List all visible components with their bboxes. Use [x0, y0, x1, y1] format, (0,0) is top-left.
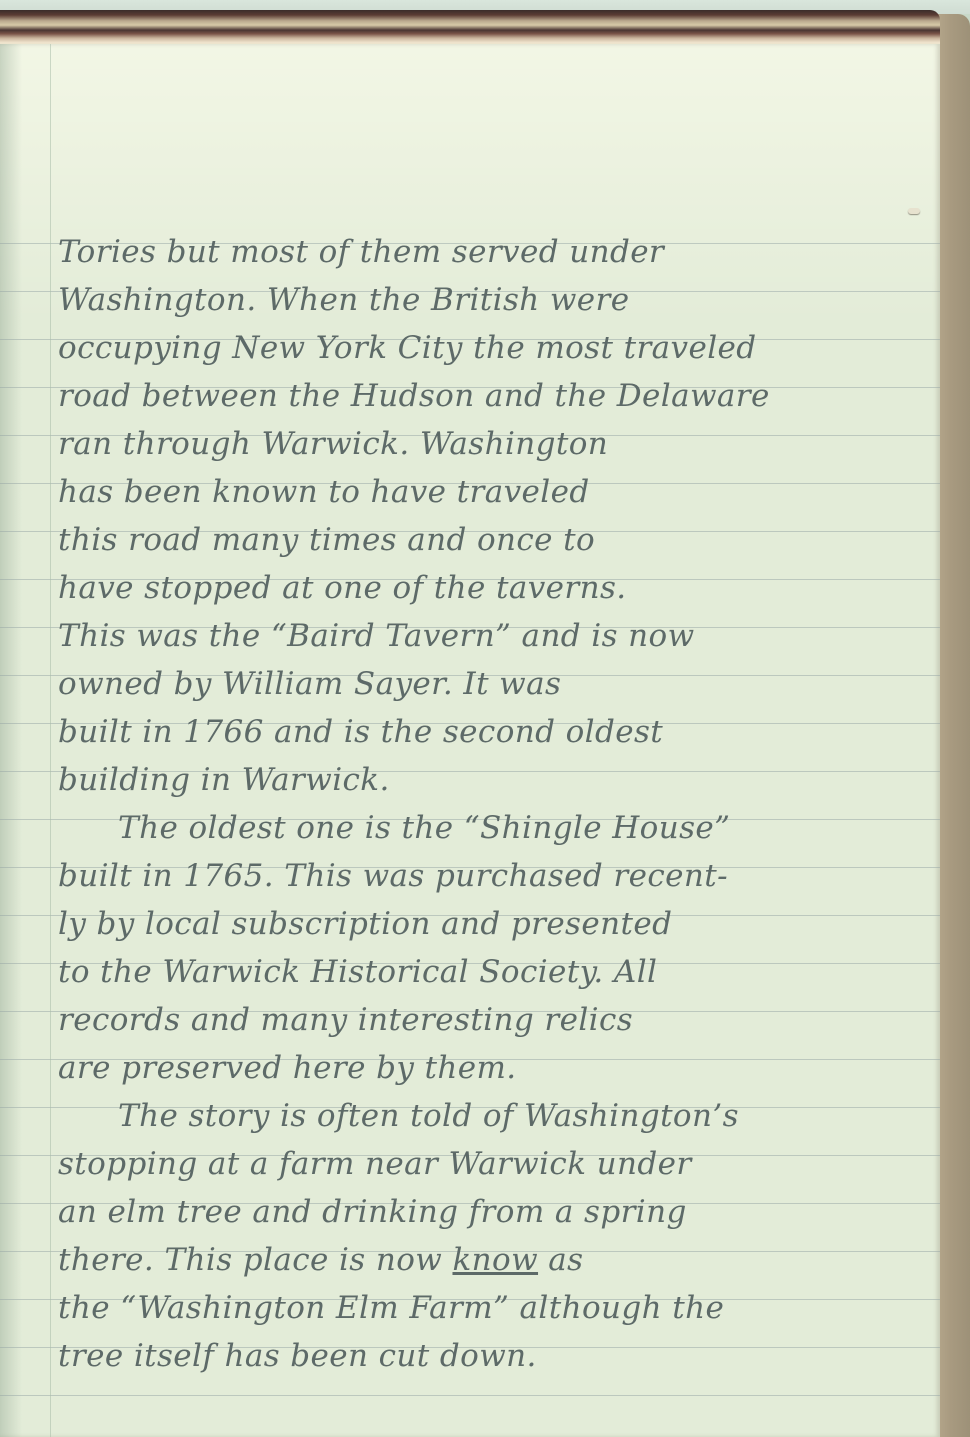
- text-line: this road many times and once to: [58, 516, 938, 564]
- text-line: records and many interesting relics: [58, 996, 938, 1044]
- text-line: ran through Warwick. Washington: [58, 420, 938, 468]
- text-line: built in 1765. This was purchased recent…: [58, 852, 938, 900]
- notebook-cover-edge: [938, 14, 970, 1437]
- text-line: there. This place is now know as: [58, 1236, 938, 1284]
- text-line: ly by local subscription and presented: [58, 900, 938, 948]
- page-tab-mark: [908, 208, 920, 214]
- text-segment: as: [538, 1242, 583, 1278]
- text-line: Tories but most of them served under: [58, 228, 938, 276]
- text-line: an elm tree and drinking from a spring: [58, 1188, 938, 1236]
- text-line: road between the Hudson and the Delaware: [58, 372, 938, 420]
- notebook-binding: [0, 10, 940, 46]
- text-line: This was the “Baird Tavern” and is now: [58, 612, 938, 660]
- text-line: stopping at a farm near Warwick under: [58, 1140, 938, 1188]
- text-segment: there. This place is now: [58, 1242, 442, 1278]
- underlined-word: know: [452, 1242, 538, 1278]
- text-line: tree itself has been cut down.: [58, 1332, 938, 1380]
- text-line: occupying New York City the most travele…: [58, 324, 938, 372]
- text-line: to the Warwick Historical Society. All: [58, 948, 938, 996]
- text-line: building in Warwick.: [58, 756, 938, 804]
- text-line: owned by William Sayer. It was: [58, 660, 938, 708]
- text-line: The oldest one is the “Shingle House”: [58, 804, 938, 852]
- text-line: built in 1766 and is the second oldest: [58, 708, 938, 756]
- text-line: Washington. When the British were: [58, 276, 938, 324]
- text-line: the “Washington Elm Farm” although the: [58, 1284, 938, 1332]
- handwritten-text: Tories but most of them served under Was…: [58, 240, 938, 1392]
- notebook-page: Tories but most of them served under Was…: [0, 44, 940, 1437]
- text-line: The story is often told of Washington’s: [58, 1092, 938, 1140]
- margin-line: [50, 44, 51, 1437]
- text-line: are preserved here by them.: [58, 1044, 938, 1092]
- text-line: has been known to have traveled: [58, 468, 938, 516]
- text-line: have stopped at one of the taverns.: [58, 564, 938, 612]
